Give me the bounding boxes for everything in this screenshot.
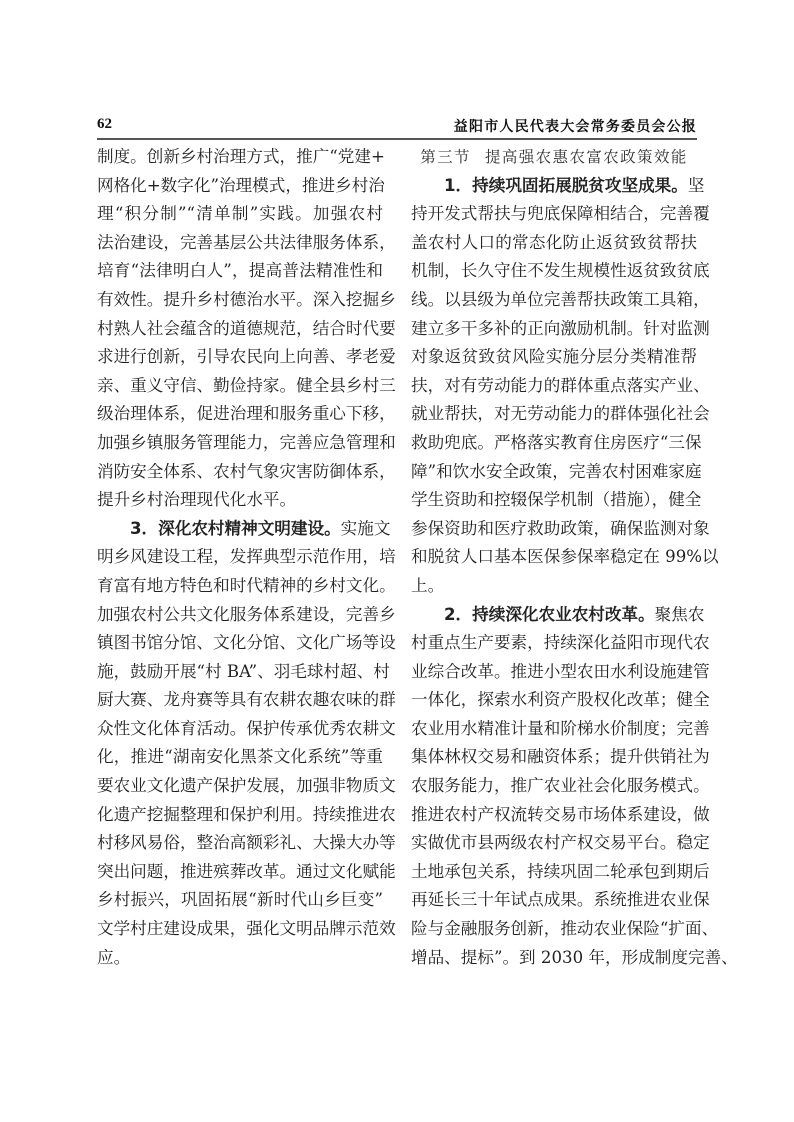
text-line: 镇图书馆分馆、文化分馆、文化广场等设 bbox=[97, 629, 383, 658]
text-line: 级治理体系，促进治理和服务重心下移， bbox=[97, 400, 383, 429]
left-column: 制度。创新乡村治理方式，推广“党建+ 网格化+数字化”治理模式，推进乡村治 理“… bbox=[97, 143, 383, 972]
section-title: 提高强农惠农富农政策效能 bbox=[485, 148, 688, 166]
item-heading-line: 1．持续巩固拓展脱贫攻坚成果。坚 bbox=[411, 172, 697, 201]
text-line: 救助兜底。严格落实教育住房医疗“三保 bbox=[411, 429, 697, 458]
item-2-first-text: 聚焦农 bbox=[655, 605, 705, 624]
text-line: 施，鼓励开展“村 BA”、羽毛球村超、村 bbox=[97, 658, 383, 687]
item-1-heading: 1．持续巩固拓展脱贫攻坚成果。 bbox=[444, 176, 688, 195]
text-line: 文学村庄建设成果，强化文明品牌示范效 bbox=[97, 915, 383, 944]
text-line: 学生资助和控辍保学机制（措施），健全 bbox=[411, 486, 697, 515]
publication-title: 益阳市人民代表大会常务委员会公报 bbox=[454, 116, 697, 136]
text-line: 明乡风建设工程，发挥典型示范作用，培 bbox=[97, 543, 383, 572]
text-line: 提升乡村治理现代化水平。 bbox=[97, 486, 383, 515]
item-heading-line: 2．持续深化农业农村改革。聚焦农 bbox=[411, 601, 697, 630]
text-line: 扶，对有劳动能力的群体重点落实产业、 bbox=[411, 372, 697, 401]
text-line: 集体林权交易和融资体系；提升供销社为 bbox=[411, 743, 697, 772]
item-1-first-text: 坚 bbox=[688, 176, 705, 195]
text-line: 理“积分制”“清单制”实践。加强农村 bbox=[97, 200, 383, 229]
right-column: 第三节提高强农惠农富农政策效能 1．持续巩固拓展脱贫攻坚成果。坚 持开发式帮扶与… bbox=[411, 143, 697, 972]
text-line: 网格化+数字化”治理模式，推进乡村治 bbox=[97, 172, 383, 201]
text-line: 上。 bbox=[411, 572, 697, 601]
text-line: 盖农村人口的常态化防止返贫致贫帮扶 bbox=[411, 229, 697, 258]
text-line: 参保资助和医疗救助政策，确保监测对象 bbox=[411, 515, 697, 544]
text-line: 化遗产挖掘整理和保护利用。持续推进农 bbox=[97, 801, 383, 830]
text-line: 法治建设，完善基层公共法律服务体系， bbox=[97, 229, 383, 258]
text-line: 土地承包关系，持续巩固二轮承包到期后 bbox=[411, 858, 697, 887]
text-line: 育富有地方特色和时代精神的乡村文化。 bbox=[97, 572, 383, 601]
item-3-first-text: 实施文 bbox=[341, 519, 391, 538]
text-line: 厨大赛、龙舟赛等具有农耕农趣农味的群 bbox=[97, 686, 383, 715]
text-line: 再延长三十年试点成果。系统推进农业保 bbox=[411, 886, 697, 915]
page-header: 62 益阳市人民代表大会常务委员会公报 bbox=[97, 116, 697, 138]
text-line: 和脱贫人口基本医保参保率稳定在 99%以 bbox=[411, 543, 697, 572]
text-line: 建立多干多补的正向激励机制。针对监测 bbox=[411, 315, 697, 344]
paragraph-item-2: 2．持续深化农业农村改革。聚焦农 村重点生产要素，持续深化益阳市现代农 业综合改… bbox=[411, 601, 697, 973]
text-line: 一体化，探索水利资产股权化改革；健全 bbox=[411, 686, 697, 715]
text-line: 农业用水精准计量和阶梯水价制度；完善 bbox=[411, 715, 697, 744]
text-line: 化，推进“湖南安化黑茶文化系统”等重 bbox=[97, 743, 383, 772]
text-line: 加强乡镇服务管理能力，完善应急管理和 bbox=[97, 429, 383, 458]
page-number: 62 bbox=[97, 116, 112, 133]
text-line: 线。以县级为单位完善帮扶政策工具箱， bbox=[411, 286, 697, 315]
text-line: 突出问题，推进殡葬改革。通过文化赋能 bbox=[97, 858, 383, 887]
text-line: 培育“法律明白人”，提高普法精准性和 bbox=[97, 257, 383, 286]
section-number: 第三节 bbox=[420, 148, 471, 166]
paragraph-item-3: 3．深化农村精神文明建设。实施文 明乡风建设工程，发挥典型示范作用，培 育富有地… bbox=[97, 515, 383, 973]
text-line: 持开发式帮扶与兜底保障相结合，完善覆 bbox=[411, 200, 697, 229]
text-line: 制度。创新乡村治理方式，推广“党建+ bbox=[97, 143, 383, 172]
text-line: 应。 bbox=[97, 944, 383, 973]
text-line: 消防安全体系、农村气象灾害防御体系， bbox=[97, 458, 383, 487]
text-line: 村重点生产要素，持续深化益阳市现代农 bbox=[411, 629, 697, 658]
text-line: 村熟人社会蕴含的道德规范，结合时代要 bbox=[97, 315, 383, 344]
text-line: 实做优市县两级农村产权交易平台。稳定 bbox=[411, 829, 697, 858]
text-line: 对象返贫致贫风险实施分层分类精准帮 bbox=[411, 343, 697, 372]
text-line: 业综合改革。推进小型农田水利设施建管 bbox=[411, 658, 697, 687]
text-line: 就业帮扶，对无劳动能力的群体强化社会 bbox=[411, 400, 697, 429]
section-heading: 第三节提高强农惠农富农政策效能 bbox=[411, 143, 697, 172]
text-line: 要农业文化遗产保护发展，加强非物质文 bbox=[97, 772, 383, 801]
text-line: 农服务能力，推广农业社会化服务模式。 bbox=[411, 772, 697, 801]
text-line: 求进行创新，引导农民向上向善、孝老爱 bbox=[97, 343, 383, 372]
header-rule bbox=[97, 138, 697, 140]
text-line: 加强农村公共文化服务体系建设，完善乡 bbox=[97, 601, 383, 630]
text-line: 亲、重义守信、勤俭持家。健全县乡村三 bbox=[97, 372, 383, 401]
text-line: 有效性。提升乡村德治水平。深入挖掘乡 bbox=[97, 286, 383, 315]
paragraph-item-1: 1．持续巩固拓展脱贫攻坚成果。坚 持开发式帮扶与兜底保障相结合，完善覆 盖农村人… bbox=[411, 172, 697, 601]
text-line: 增品、提标”。到 2030 年，形成制度完善、 bbox=[411, 944, 697, 973]
item-2-heading: 2．持续深化农业农村改革。 bbox=[444, 605, 655, 624]
paragraph-governance: 制度。创新乡村治理方式，推广“党建+ 网格化+数字化”治理模式，推进乡村治 理“… bbox=[97, 143, 383, 515]
text-line: 险与金融服务创新，推动农业保险“扩面、 bbox=[411, 915, 697, 944]
text-line: 众性文化体育活动。保护传承优秀农耕文 bbox=[97, 715, 383, 744]
text-line: 村移风易俗，整治高额彩礼、大操大办等 bbox=[97, 829, 383, 858]
item-3-heading: 3．深化农村精神文明建设。 bbox=[130, 519, 341, 538]
text-line: 乡村振兴，巩固拓展“新时代山乡巨变” bbox=[97, 886, 383, 915]
text-line: 推进农村产权流转交易市场体系建设，做 bbox=[411, 801, 697, 830]
text-line: 机制，长久守住不发生规模性返贫致贫底 bbox=[411, 257, 697, 286]
text-line: 障”和饮水安全政策，完善农村困难家庭 bbox=[411, 458, 697, 487]
item-heading-line: 3．深化农村精神文明建设。实施文 bbox=[97, 515, 383, 544]
